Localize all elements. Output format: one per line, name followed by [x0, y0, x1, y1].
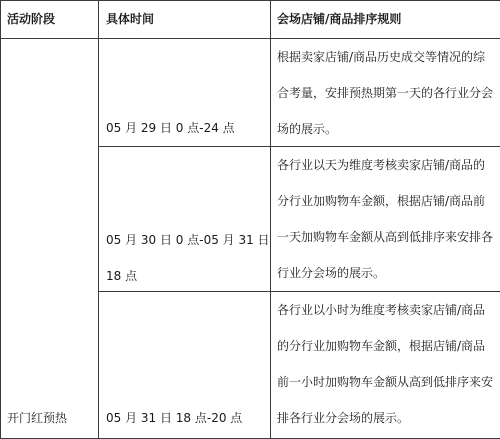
time-cell: 18 点: [106, 258, 137, 295]
stage-label: 开门红预热: [7, 400, 67, 437]
time-cell: 05 月 31 日 18 点-20 点: [106, 400, 242, 437]
rule-line: 合考量，安排预热期第一天的各行业分会: [277, 75, 493, 112]
header-stage: 活动阶段: [7, 0, 55, 38]
rule-line: 根据卖家店铺/商品历史成交等情况的综: [277, 39, 485, 76]
header-rule: 会场店铺/商品排序规则: [277, 0, 401, 38]
column-divider-1: [98, 0, 99, 439]
table-border-top: [0, 0, 500, 1]
time-cell: 05 月 29 日 0 点-24 点: [106, 110, 235, 147]
time-cell: 05 月 30 日 0 点-05 月 31 日: [106, 222, 270, 259]
header-time: 具体时间: [106, 0, 154, 38]
rule-line: 各行业以天为维度考核卖家店铺/商品的: [277, 147, 485, 184]
rule-line: 一天加购物车金额从高到低排序来安排各: [277, 219, 493, 256]
rule-line: 行业分会场的展示。: [277, 255, 385, 292]
rule-line: 排各行业分会场的展示。: [277, 400, 409, 437]
activity-schedule-table: 活动阶段 具体时间 会场店铺/商品排序规则 开门红预热 05 月 29 日 0 …: [0, 0, 500, 439]
table-border-left: [0, 0, 1, 439]
rule-line: 各行业以小时为维度考核卖家店铺/商品: [277, 292, 485, 329]
rule-line: 前一小时加购物车金额从高到低排序来安: [277, 364, 493, 401]
rule-line: 分行业加购物车金额，根据店铺/商品前: [277, 183, 485, 220]
rule-line: 的分行业加购物车金额，根据店铺/商品: [277, 328, 485, 365]
rule-line: 场的展示。: [277, 111, 337, 148]
column-divider-2: [270, 0, 271, 439]
